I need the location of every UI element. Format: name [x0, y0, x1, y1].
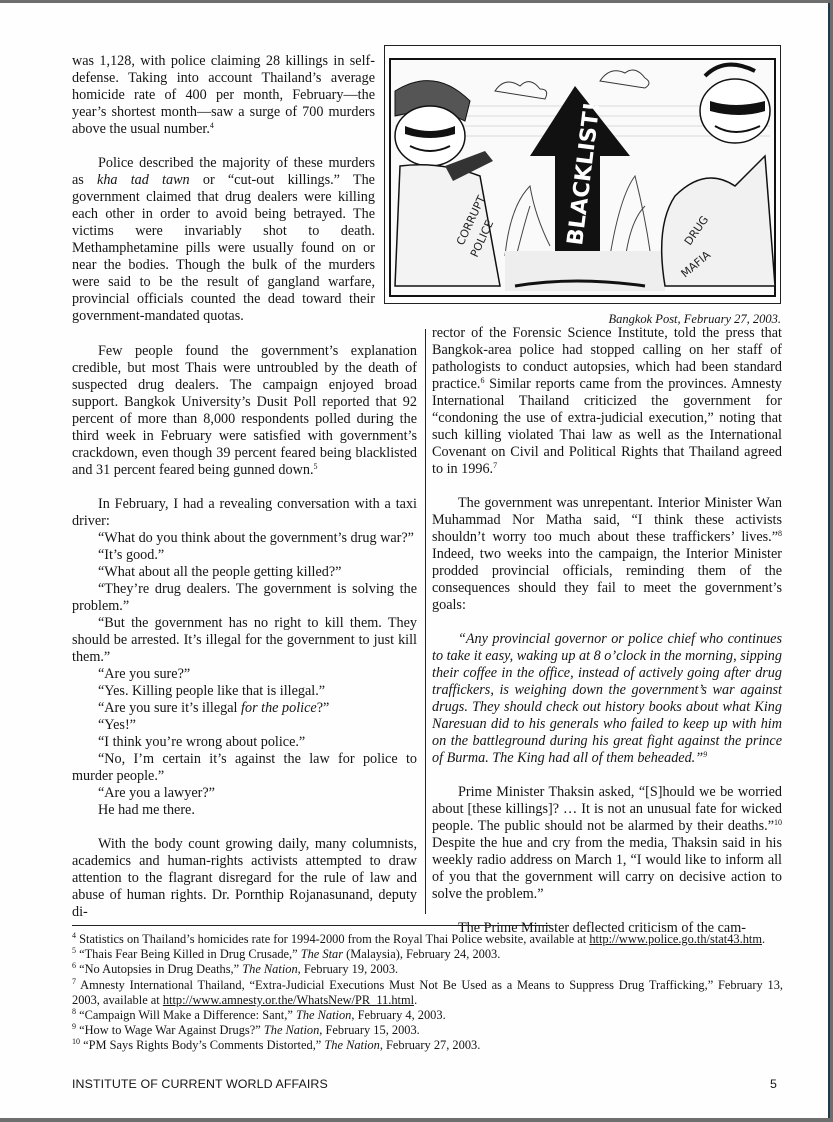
footnote-ref[interactable]: 4: [210, 121, 214, 130]
footnote-text: (Malaysia), February 24, 2003.: [343, 947, 500, 961]
footnote-ref[interactable]: 9: [703, 750, 707, 759]
dialogue-line: “What do you think about the government’…: [72, 530, 417, 547]
dialogue-line: “Are you sure?”: [72, 666, 417, 683]
cartoon-figure: BLACKLIST! CORRUPT POLICE DRUG M: [384, 45, 781, 304]
page-number: 5: [770, 1077, 777, 1091]
paragraph: With the body count growing daily, many …: [72, 836, 417, 921]
dialogue-line: “What about all the people getting kille…: [72, 564, 417, 581]
dialogue-line: He had me there.: [72, 802, 417, 819]
dialogue-line: “I think you’re wrong about police.”: [72, 734, 417, 751]
footnote-9: 9 “How to Wage War Against Drugs?” The N…: [72, 1023, 783, 1038]
dialogue-text: ?”: [317, 700, 330, 716]
paragraph: The government was unrepentant. Interior…: [432, 495, 782, 614]
footnote-6: 6 “No Autopsies in Drug Deaths,” The Nat…: [72, 962, 783, 977]
publication-name: The Nation: [242, 962, 297, 976]
paragraph-text: was 1,128, with police claiming 28 killi…: [72, 53, 375, 137]
footnote-link[interactable]: http://www.police.go.th/stat43.htm: [589, 932, 762, 946]
footnote-text: “Thais Fear Being Killed in Drug Crusade…: [79, 947, 301, 961]
footnote-10: 10 “PM Says Rights Body’s Comments Disto…: [72, 1038, 783, 1053]
publisher-footer: INSTITUTE OF CURRENT WORLD AFFAIRS: [72, 1077, 328, 1091]
footnote-number: 4: [72, 931, 76, 940]
cartoon-illustration: BLACKLIST! CORRUPT POLICE DRUG M: [385, 46, 780, 303]
footnote-number: 9: [72, 1022, 76, 1031]
paragraph: rector of the Forensic Science Institute…: [432, 325, 782, 478]
publication-name: The Nation: [324, 1038, 379, 1052]
figure-caption: Bangkok Post, February 27, 2003.: [384, 312, 781, 326]
right-column-bottom: rector of the Forensic Science Institute…: [432, 325, 782, 937]
dialogue-line: “It’s good.”: [72, 547, 417, 564]
dialogue-line: “No, I’m certain it’s against the law fo…: [72, 751, 417, 785]
dialogue-text: “Are you sure it’s illegal: [98, 700, 241, 716]
paragraph: Prime Minister Thaksin asked, “[S]hould …: [432, 784, 782, 903]
footnote-text: , February 4, 2003.: [351, 1008, 445, 1022]
footnote-number: 6: [72, 961, 76, 970]
footnotes: 4 Statistics on Thailand’s homicides rat…: [72, 932, 783, 1054]
footnote-number: 8: [72, 1007, 76, 1016]
block-quote: “Any provincial governor or police chief…: [432, 631, 782, 767]
publication-name: The Nation: [296, 1008, 351, 1022]
footnote-ref[interactable]: 10: [774, 818, 782, 827]
quote-text: “Any provincial governor or police chief…: [432, 631, 782, 766]
paragraph: Few people found the government’s explan…: [72, 343, 417, 479]
publication-name: The Nation: [264, 1023, 319, 1037]
footnote-text: .: [762, 932, 765, 946]
footnote-text: “Campaign Will Make a Difference: Sant,”: [79, 1008, 296, 1022]
paragraph-text: Indeed, two weeks into the campaign, the…: [432, 546, 782, 613]
footnote-ref[interactable]: 5: [314, 462, 318, 471]
dialogue-line: “But the government has no right to kill…: [72, 615, 417, 666]
footnote-5: 5 “Thais Fear Being Killed in Drug Crusa…: [72, 947, 783, 962]
dialogue-line: “Yes. Killing people like that is illega…: [72, 683, 417, 700]
footnote-number: 7: [72, 977, 76, 986]
footnote-text: “How to Wage War Against Drugs?”: [79, 1023, 264, 1037]
footnote-text: “No Autopsies in Drug Deaths,”: [79, 962, 242, 976]
footnote-text: , February 27, 2003.: [380, 1038, 481, 1052]
footnote-7: 7 Amnesty International Thailand, “Extra…: [72, 978, 783, 1008]
footnote-number: 10: [72, 1037, 80, 1046]
dialogue-line: “Yes!”: [72, 717, 417, 734]
footnote-8: 8 “Campaign Will Make a Difference: Sant…: [72, 1008, 783, 1023]
footnote-rule: [72, 925, 550, 926]
paragraph-text: or “cut-out killings.” The government cl…: [72, 172, 375, 324]
left-column-bottom: Few people found the government’s explan…: [72, 343, 417, 921]
footnote-link[interactable]: http://www.amnesty.or.the/WhatsNew/PR_11…: [163, 993, 414, 1007]
paragraph: In February, I had a revealing conversat…: [72, 496, 417, 530]
footnote-4: 4 Statistics on Thailand’s homicides rat…: [72, 932, 783, 947]
column-divider: [425, 329, 426, 914]
dialogue-line: “Are you a lawyer?”: [72, 785, 417, 802]
paragraph: was 1,128, with police claiming 28 killi…: [72, 53, 375, 138]
publication-name: The Star: [301, 947, 343, 961]
footnote-text: .: [414, 993, 417, 1007]
paragraph-text: The government was unrepentant. Interior…: [432, 495, 782, 545]
paragraph-text: Prime Minister Thaksin asked, “[S]hould …: [432, 784, 782, 834]
paragraph-text: Few people found the government’s explan…: [72, 343, 417, 478]
footnote-text: , February 19, 2003.: [298, 962, 399, 976]
dialogue-line: “Are you sure it’s illegal for the polic…: [72, 700, 417, 717]
paragraph-text: Similar reports came from the provinces.…: [432, 376, 782, 477]
document-page: was 1,128, with police claiming 28 killi…: [0, 3, 830, 1118]
footnote-ref[interactable]: 7: [493, 461, 497, 470]
footnote-ref[interactable]: 8: [778, 529, 782, 538]
paragraph: Police described the majority of these m…: [72, 155, 375, 325]
italic-term: kha tad tawn: [97, 172, 190, 188]
paragraph-text: Despite the hue and cry from the media, …: [432, 835, 782, 902]
footnote-text: , February 15, 2003.: [319, 1023, 420, 1037]
dialogue-line: “They’re drug dealers. The government is…: [72, 581, 417, 615]
footnote-text: “PM Says Rights Body’s Comments Distorte…: [83, 1038, 324, 1052]
italic-emphasis: for the police: [241, 700, 317, 716]
footnote-number: 5: [72, 946, 76, 955]
left-column-top: was 1,128, with police claiming 28 killi…: [72, 53, 375, 325]
footnote-text: Statistics on Thailand’s homicides rate …: [79, 932, 589, 946]
